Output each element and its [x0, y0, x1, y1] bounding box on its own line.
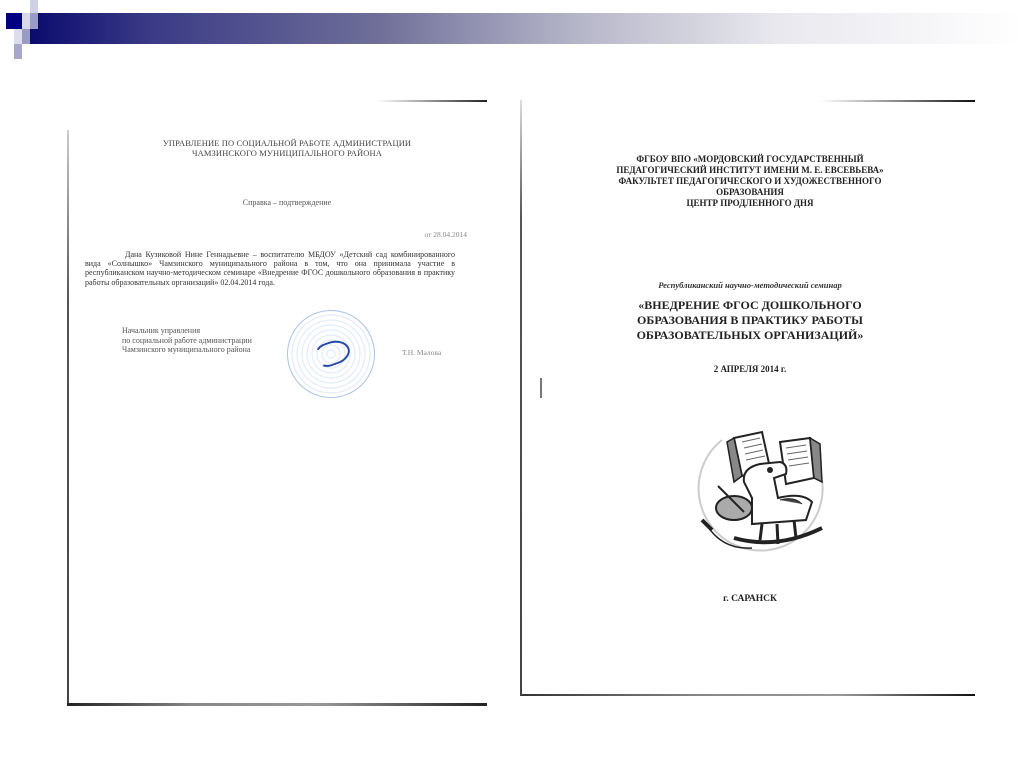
- header-line: УПРАВЛЕНИЕ ПО СОЦИАЛЬНОЙ РАБОТЕ АДМИНИСТ…: [127, 138, 447, 148]
- scan-mark: [540, 378, 542, 398]
- scan-edge: [520, 100, 522, 696]
- decor-square: [14, 29, 22, 44]
- seminar-type: Республиканский научно-методический семи…: [600, 280, 900, 290]
- scan-edge: [67, 130, 69, 706]
- certificate-title: Справка – подтверждение: [187, 198, 387, 208]
- scan-edge: [67, 703, 487, 706]
- scan-edge: [522, 694, 975, 696]
- header-line: ОБРАЗОВАНИЯ: [580, 187, 920, 198]
- seminar-date: 2 АПРЕЛЯ 2014 г.: [630, 364, 870, 374]
- decor-square: [22, 13, 30, 29]
- signature-line: Чамзинского муниципального района: [122, 345, 292, 355]
- title-line: ОБРАЗОВАТЕЛЬНЫХ ОРГАНИЗАЦИЙ»: [580, 328, 920, 343]
- header-line: ПЕДАГОГИЧЕСКИЙ ИНСТИТУТ ИМЕНИ М. Е. ЕВСЕ…: [580, 165, 920, 176]
- signature-line: Начальник управления: [122, 326, 292, 336]
- signature-line: по социальной работе администрации: [122, 336, 292, 346]
- decor-square: [30, 0, 38, 13]
- body-text: Дана Кузиковой Нине Геннадьевне – воспит…: [85, 250, 455, 287]
- header-line: ЦЕНТР ПРОДЛЕННОГО ДНЯ: [580, 198, 920, 209]
- city-name: г. САРАНСК: [670, 594, 830, 604]
- decor-square: [30, 13, 38, 29]
- decor-square: [14, 44, 22, 59]
- scan-edge: [820, 100, 975, 102]
- signature-icon: [313, 336, 353, 370]
- certificate-body: Дана Кузиковой Нине Геннадьевне – воспит…: [85, 250, 455, 287]
- header-line: ФГБОУ ВПО «МОРДОВСКИЙ ГОСУДАРСТВЕННЫЙ: [580, 154, 920, 165]
- header-gradient-bar: [30, 13, 1024, 44]
- seminar-title: «ВНЕДРЕНИЕ ФГОС ДОШКОЛЬНОГО ОБРАЗОВАНИЯ …: [580, 298, 920, 343]
- signature-block: Начальник управления по социальной работ…: [122, 326, 292, 355]
- round-stamp-icon: [287, 310, 375, 398]
- institution-header: ФГБОУ ВПО «МОРДОВСКИЙ ГОСУДАРСТВЕННЫЙ ПЕ…: [580, 154, 920, 209]
- scan-edge: [377, 100, 487, 102]
- title-line: ОБРАЗОВАНИЯ В ПРАКТИКУ РАБОТЫ: [580, 313, 920, 328]
- seminar-program-scan: ФГБОУ ВПО «МОРДОВСКИЙ ГОСУДАРСТВЕННЫЙ ПЕ…: [520, 100, 975, 696]
- decor-square: [6, 13, 22, 29]
- rocking-horse-books-emblem-icon: [682, 420, 832, 560]
- title-line: «ВНЕДРЕНИЕ ФГОС ДОШКОЛЬНОГО: [580, 298, 920, 313]
- header-line: ЧАМЗИНСКОГО МУНИЦИПАЛЬНОГО РАЙОНА: [127, 148, 447, 158]
- decor-square: [22, 29, 30, 44]
- certificate-header: УПРАВЛЕНИЕ ПО СОЦИАЛЬНОЙ РАБОТЕ АДМИНИСТ…: [127, 138, 447, 158]
- signatory-name: Т.Н. Малова: [402, 348, 441, 358]
- header-line: ФАКУЛЬТЕТ ПЕДАГОГИЧЕСКОГО И ХУДОЖЕСТВЕНН…: [580, 176, 920, 187]
- certificate-scan: УПРАВЛЕНИЕ ПО СОЦИАЛЬНОЙ РАБОТЕ АДМИНИСТ…: [67, 100, 487, 706]
- certificate-date: от 28.04.2014: [367, 230, 467, 240]
